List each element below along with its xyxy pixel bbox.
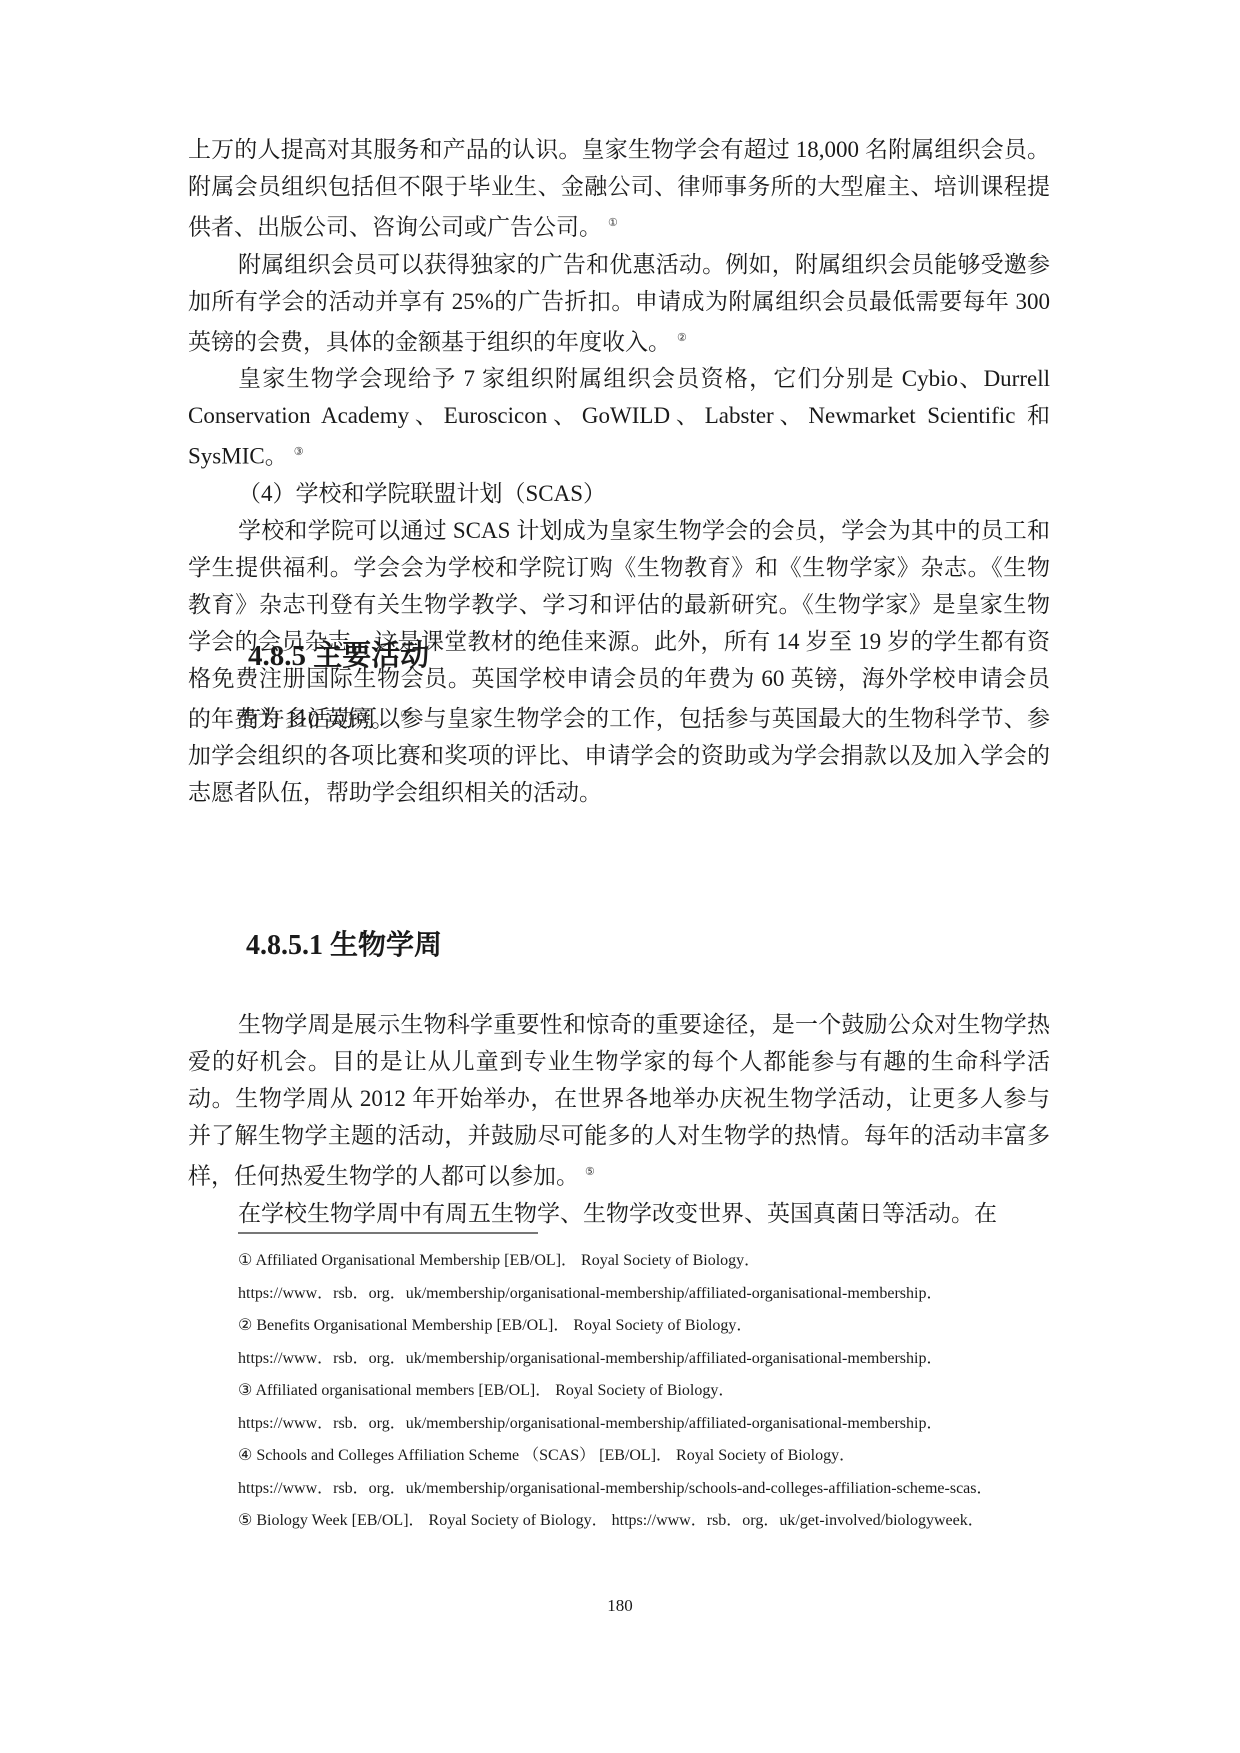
footnote-mark: ④ <box>238 1447 252 1464</box>
body-block-activities: 有许多活动可以参与皇家生物学会的工作，包括参与英国最大的生物科学节、参加学会组织… <box>188 700 1050 811</box>
footnote-separator <box>238 1232 538 1234</box>
footnote-url[interactable]: https://www．rsb．org．uk/membership/organi… <box>238 1473 1038 1506</box>
footnote-ref[interactable]: ① <box>608 217 618 229</box>
footnotes: ① Affiliated Organisational Membership [… <box>238 1245 1038 1538</box>
paragraph-text: 附属组织会员可以获得独家的广告和优惠活动。例如，附属组织会员能够受邀参加所有学会… <box>188 252 1050 355</box>
footnote-5: ⑤ Biology Week [EB/OL]． Royal Society of… <box>238 1505 1038 1538</box>
footnote-mark: ③ <box>238 1382 252 1399</box>
footnote-title: Biology Week [EB/OL]． Royal Society of B… <box>256 1512 983 1529</box>
paragraph-text: 生物学周是展示生物科学重要性和惊奇的重要途径，是一个鼓励公众对生物学热爱的好机会… <box>188 1012 1050 1189</box>
footnote-title: Benefits Organisational Membership [EB/O… <box>256 1317 752 1334</box>
footnote-title: Affiliated Organisational Membership [EB… <box>255 1252 760 1269</box>
footnote-url[interactable]: https://www．rsb．org．uk/membership/organi… <box>238 1343 1038 1376</box>
page-number: 180 <box>0 1596 1240 1616</box>
footnote-mark: ② <box>238 1317 252 1334</box>
footnote-url[interactable]: https://www．rsb．org．uk/membership/organi… <box>238 1278 1038 1311</box>
paragraph: 皇家生物学会现给予 7 家组织附属组织会员资格，它们分别是 Cybio、Durr… <box>188 360 1050 475</box>
paragraph: 生物学周是展示生物科学重要性和惊奇的重要途径，是一个鼓励公众对生物学热爱的好机会… <box>188 1006 1050 1195</box>
paragraph: 上万的人提高对其服务和产品的认识。皇家生物学会有超过 18,000 名附属组织会… <box>188 131 1050 246</box>
subsection-heading: 4.8.5.1 生物学周 <box>246 923 442 963</box>
body-block-biology-week: 生物学周是展示生物科学重要性和惊奇的重要途径，是一个鼓励公众对生物学热爱的好机会… <box>188 1006 1050 1232</box>
paragraph: 附属组织会员可以获得独家的广告和优惠活动。例如，附属组织会员能够受邀参加所有学会… <box>188 246 1050 361</box>
footnote-2: ② Benefits Organisational Membership [EB… <box>238 1310 1038 1343</box>
subsection-label: （4）学校和学院联盟计划（SCAS） <box>188 475 1050 512</box>
paragraph: 有许多活动可以参与皇家生物学会的工作，包括参与英国最大的生物科学节、参加学会组织… <box>188 700 1050 811</box>
footnote-ref[interactable]: ③ <box>294 446 304 458</box>
paragraph: 在学校生物学周中有周五生物学、生物学改变世界、英国真菌日等活动。在 <box>188 1195 1050 1232</box>
paragraph-text: 皇家生物学会现给予 7 家组织附属组织会员资格，它们分别是 Cybio、Durr… <box>188 366 1050 469</box>
document-page: 上万的人提高对其服务和产品的认识。皇家生物学会有超过 18,000 名附属组织会… <box>0 0 1240 1753</box>
footnote-mark: ⑤ <box>238 1512 252 1529</box>
footnote-3: ③ Affiliated organisational members [EB/… <box>238 1375 1038 1408</box>
paragraph-text: 上万的人提高对其服务和产品的认识。皇家生物学会有超过 18,000 名附属组织会… <box>188 137 1050 240</box>
footnote-mark: ① <box>238 1252 252 1269</box>
footnote-title: Schools and Colleges Affiliation Scheme … <box>256 1447 855 1464</box>
footnote-title: Affiliated organisational members [EB/OL… <box>255 1382 734 1399</box>
footnote-ref[interactable]: ⑤ <box>585 1166 595 1178</box>
footnote-4: ④ Schools and Colleges Affiliation Schem… <box>238 1440 1038 1473</box>
footnote-1: ① Affiliated Organisational Membership [… <box>238 1245 1038 1278</box>
section-heading: 4.8.5 主要活动 <box>248 633 429 674</box>
footnote-ref[interactable]: ② <box>677 332 687 344</box>
footnote-url[interactable]: https://www．rsb．org．uk/membership/organi… <box>238 1408 1038 1441</box>
